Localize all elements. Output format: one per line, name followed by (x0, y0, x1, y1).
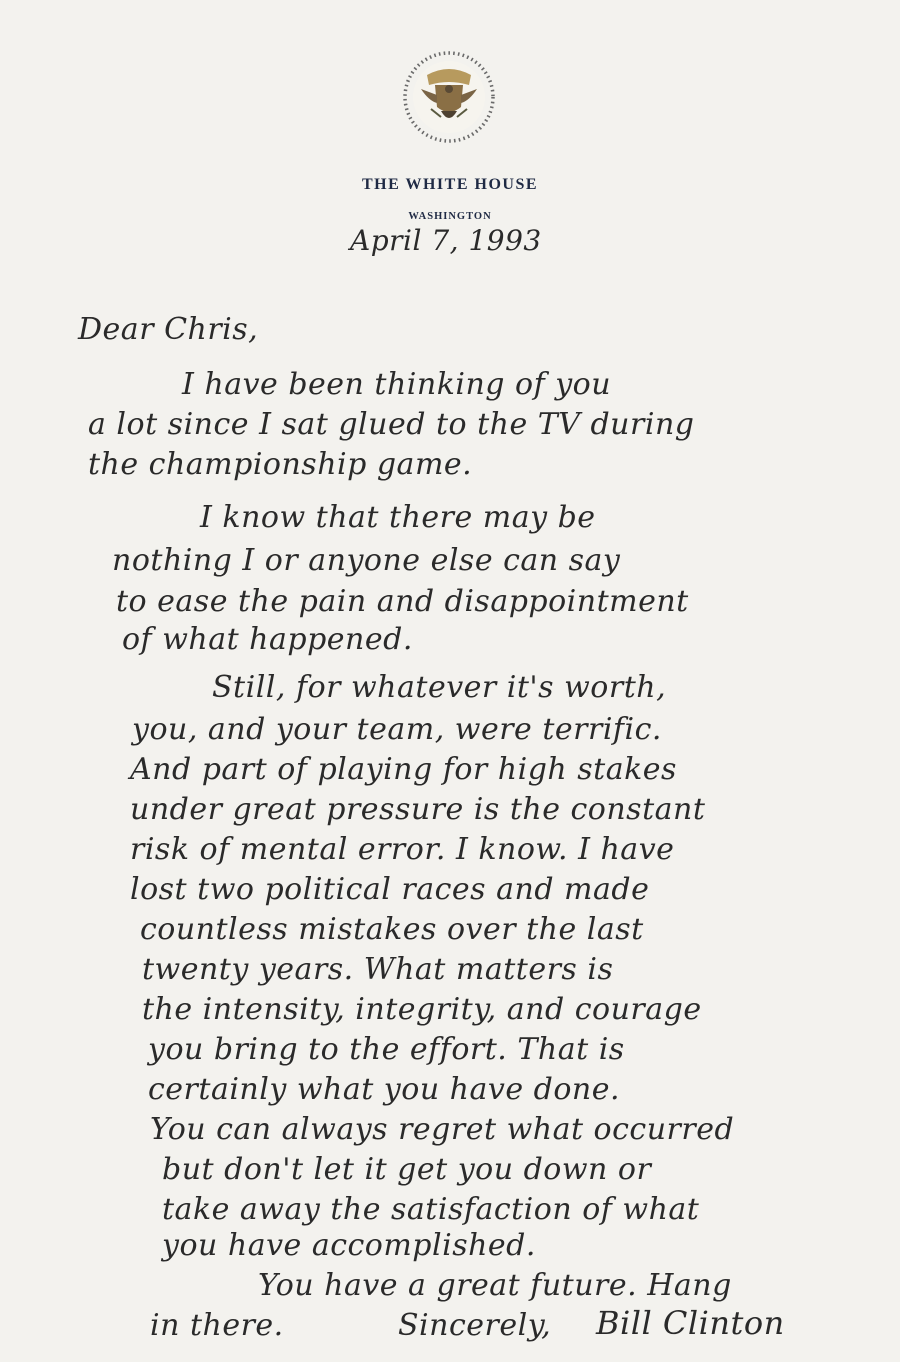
letter-line: Still, for whatever it's worth, (212, 670, 666, 705)
letter-line: the championship game. (88, 447, 472, 482)
letter-line: risk of mental error. I know. I have (130, 832, 674, 867)
presidential-seal-icon (397, 45, 501, 149)
letter-line: twenty years. What matters is (142, 952, 613, 987)
closing: Sincerely, (398, 1308, 551, 1343)
letter-line: you have accomplished. (162, 1228, 536, 1263)
letter-line: And part of playing for high stakes (130, 752, 677, 787)
salutation: Dear Chris, (78, 312, 258, 347)
letter-line: take away the satisfaction of what (162, 1192, 699, 1227)
letter-line: I know that there may be (200, 500, 596, 535)
letter-line: You have a great future. Hang (258, 1268, 732, 1303)
letter-line: I have been thinking of you (182, 367, 611, 402)
letter-line: certainly what you have done. (148, 1072, 620, 1107)
letter-line: nothing I or anyone else can say (112, 543, 620, 578)
letter-line: but don't let it get you down or (162, 1152, 651, 1187)
letter-line: lost two political races and made (130, 872, 649, 907)
signature: Bill Clinton (596, 1304, 785, 1342)
letterhead-location: WASHINGTON (0, 211, 900, 222)
letter-line: under great pressure is the constant (130, 792, 705, 827)
letter-line: in there. (150, 1308, 284, 1343)
letterhead-title: THE WHITE HOUSE (0, 176, 900, 194)
letter-line: the intensity, integrity, and courage (142, 992, 702, 1027)
letter-line: you bring to the effort. That is (148, 1032, 625, 1067)
letter-line: you, and your team, were terrific. (132, 712, 662, 747)
letter-line: of what happened. (122, 622, 413, 657)
letter-date: April 7, 1993 (350, 224, 542, 257)
letter-line: countless mistakes over the last (140, 912, 644, 947)
letter-line: to ease the pain and disappointment (116, 584, 689, 619)
letter-line: a lot since I sat glued to the TV during (88, 407, 694, 442)
letter-line: You can always regret what occurred (150, 1112, 734, 1147)
